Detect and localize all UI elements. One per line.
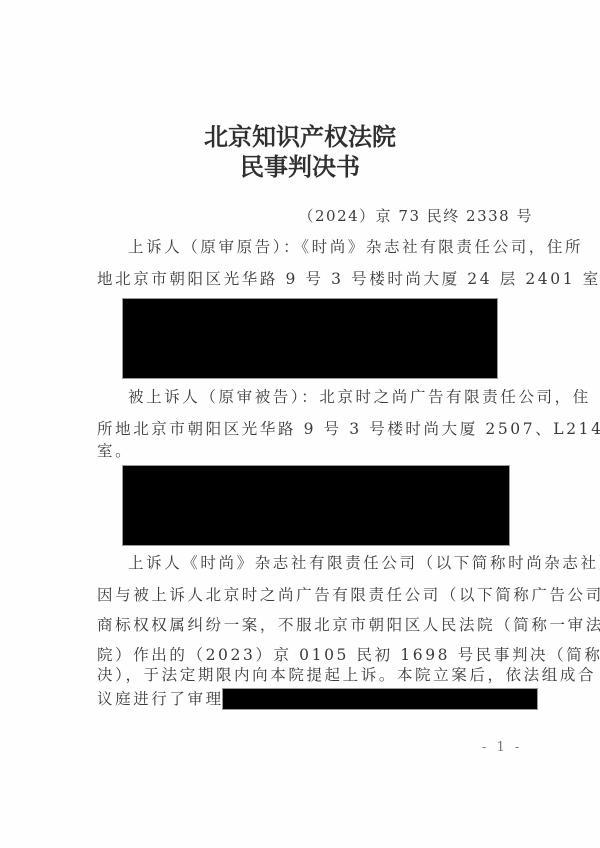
summary-line-4: 院）作出的（2023）京 0105 民初 1698 号民事判决（简称一审判 (97, 644, 537, 666)
summary-line-2: 因与被上诉人北京时之尚广告有限责任公司（以下简称广告公司） (97, 584, 537, 606)
case-number: （2024）京 73 民终 2338 号 (298, 205, 533, 226)
redacted-block-2 (122, 465, 510, 546)
redacted-block-3 (222, 688, 538, 710)
court-name-title: 北京知识产权法院 (0, 122, 600, 152)
page-number: - 1 - (482, 740, 522, 755)
document-type-title: 民事判决书 (0, 152, 600, 182)
redacted-block-1 (122, 298, 498, 379)
summary-line-5: 决），于法定期限内向本院提起上诉。本院立案后，依法组成合 (97, 664, 537, 686)
appellee-line-2: 所地北京市朝阳区光华路 9 号 3 号楼时尚大厦 2507、L214、TM004 (97, 418, 537, 440)
appellant-line-2: 地北京市朝阳区光华路 9 号 3 号楼时尚大厦 24 层 2401 室。 (97, 268, 537, 290)
appellee-line-1: 被上诉人（原审被告）：北京时之尚广告有限责任公司，住 (128, 386, 568, 408)
document-page: 北京知识产权法院 民事判决书 （2024）京 73 民终 2338 号 上诉人（… (0, 0, 600, 848)
summary-line-3: 商标权权属纠纷一案，不服北京市朝阳区人民法院（简称一审法 (97, 614, 537, 636)
summary-line-1: 上诉人《时尚》杂志社有限责任公司（以下简称时尚杂志社） (128, 552, 568, 574)
appellee-line-3: 室。 (97, 440, 537, 462)
appellant-line-1: 上诉人（原审原告）：《时尚》杂志社有限责任公司，住所 (128, 236, 568, 258)
